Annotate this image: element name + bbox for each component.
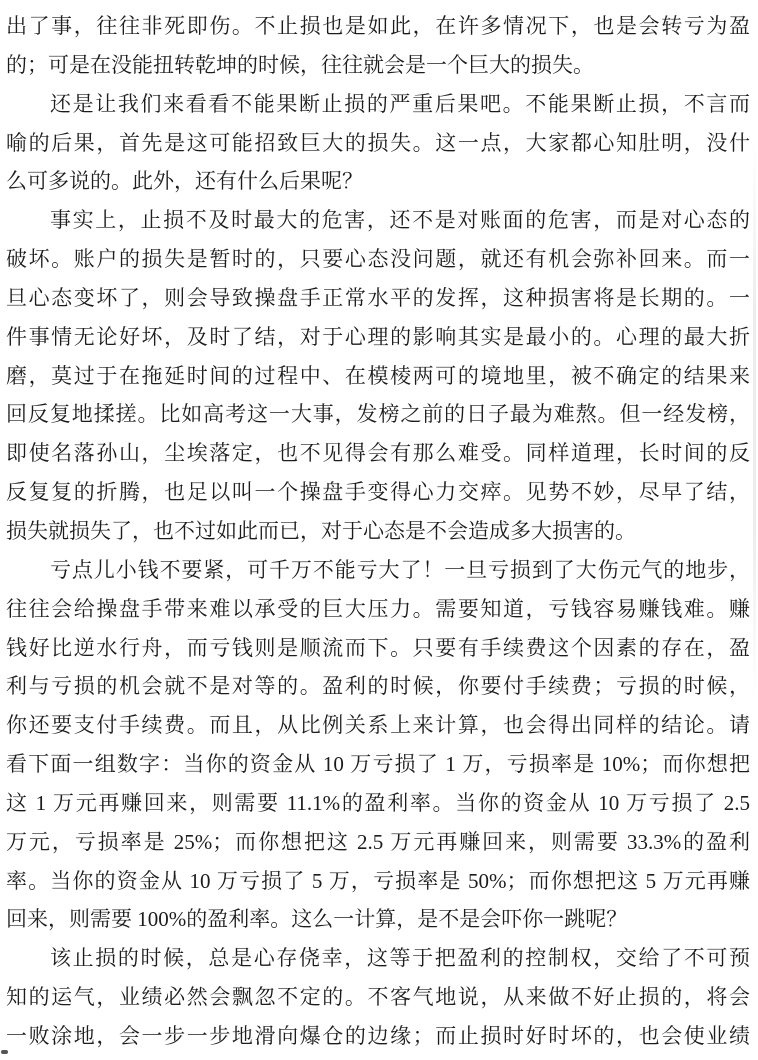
text-line: 磨，莫过于在拖延时间的过程中、在模棱两可的境地里，被不确定的结果来 <box>6 357 750 396</box>
text-line: 的；可是在没能扭转乾坤的时候，往往就会是一个巨大的损失。 <box>6 46 750 85</box>
paragraph: 亏点儿小钱不要紧，可千万不能亏大了！一旦亏损到了大伤元气的地步，往往会给操盘手带… <box>6 551 750 939</box>
scan-ink-speck <box>1 1050 8 1054</box>
text-line: 一败涂地，会一步一步地滑向爆仓的边缘；而止损时好时坏的，也会使业绩 <box>6 1017 750 1056</box>
book-page: 出了事，往往非死即伤。不止损也是如此，在许多情况下，也是会转亏为盈的；可是在没能… <box>0 0 758 1060</box>
text-line: 即使名落孙山，尘埃落定，也不见得会有那么难受。同样道理，长时间的反 <box>6 434 750 473</box>
text-line: 利与亏损的机会就不是对等的。盈利的时候，你要付手续费；亏损的时候， <box>6 667 750 706</box>
text-line: 反复复的折腾，也足以叫一个操盘手变得心力交瘁。见势不妙，尽早了结， <box>6 473 750 512</box>
text-line: 看下面一组数字：当你的资金从 10 万亏损了 1 万，亏损率是 10%；而你想把 <box>6 745 750 784</box>
text-line: 喻的后果，首先是这可能招致巨大的损失。这一点，大家都心知肚明，没什 <box>6 124 750 163</box>
paragraph: 出了事，往往非死即伤。不止损也是如此，在许多情况下，也是会转亏为盈的；可是在没能… <box>6 7 750 85</box>
paragraph: 还是让我们来看看不能果断止损的严重后果吧。不能果断止损，不言而喻的后果，首先是这… <box>6 85 750 202</box>
paragraph: 该止损的时候，总是心存侥幸，这等于把盈利的控制权，交给了不可预知的运气，业绩必然… <box>6 939 750 1056</box>
text-line: 还是让我们来看看不能果断止损的严重后果吧。不能果断止损，不言而 <box>6 85 750 124</box>
text-line: 事实上，止损不及时最大的危害，还不是对账面的危害，而是对心态的 <box>6 201 750 240</box>
text-line: 损失就损失了，也不过如此而已，对于心态是不会造成多大损害的。 <box>6 512 750 551</box>
text-line: 钱好比逆水行舟，而亏钱则是顺流而下。只要有手续费这个因素的存在，盈 <box>6 629 750 668</box>
scan-edge-artifact <box>753 140 756 700</box>
text-line: 你还要支付手续费。而且，从比例关系上来计算，也会得出同样的结论。请 <box>6 706 750 745</box>
text-line: 破坏。账户的损失是暂时的，只要心态没问题，就还有机会弥补回来。而一 <box>6 240 750 279</box>
text-line: 知的运气，业绩必然会飘忽不定的。不客气地说，从来做不好止损的，将会 <box>6 978 750 1017</box>
text-line: 出了事，往往非死即伤。不止损也是如此，在许多情况下，也是会转亏为盈 <box>6 7 750 46</box>
text-line: 件事情无论好坏，及时了结，对于心理的影响其实是最小的。心理的最大折 <box>6 318 750 357</box>
text-line: 率。当你的资金从 10 万亏损了 5 万，亏损率是 50%；而你想把这 5 万元… <box>6 862 750 901</box>
text-line: 万元，亏损率是 25%；而你想把这 2.5 万元再赚回来，则需要 33.3%的盈… <box>6 823 750 862</box>
text-line: 回来，则需要 100%的盈利率。这么一计算，是不是会吓你一跳呢？ <box>6 900 750 939</box>
text-line: 亏点儿小钱不要紧，可千万不能亏大了！一旦亏损到了大伤元气的地步， <box>6 551 750 590</box>
paragraph: 事实上，止损不及时最大的危害，还不是对账面的危害，而是对心态的破坏。账户的损失是… <box>6 201 750 551</box>
text-line: 往往会给操盘手带来难以承受的巨大压力。需要知道，亏钱容易赚钱难。赚 <box>6 590 750 629</box>
body-text: 出了事，往往非死即伤。不止损也是如此，在许多情况下，也是会转亏为盈的；可是在没能… <box>6 7 750 1056</box>
text-line: 回反复地揉搓。比如高考这一大事，发榜之前的日子最为难熬。但一经发榜， <box>6 395 750 434</box>
text-line: 该止损的时候，总是心存侥幸，这等于把盈利的控制权，交给了不可预 <box>6 939 750 978</box>
text-line: 么可多说的。此外，还有什么后果呢？ <box>6 162 750 201</box>
text-line: 这 1 万元再赚回来，则需要 11.1%的盈利率。当你的资金从 10 万亏损了 … <box>6 784 750 823</box>
text-line: 旦心态变坏了，则会导致操盘手正常水平的发挥，这种损害将是长期的。一 <box>6 279 750 318</box>
